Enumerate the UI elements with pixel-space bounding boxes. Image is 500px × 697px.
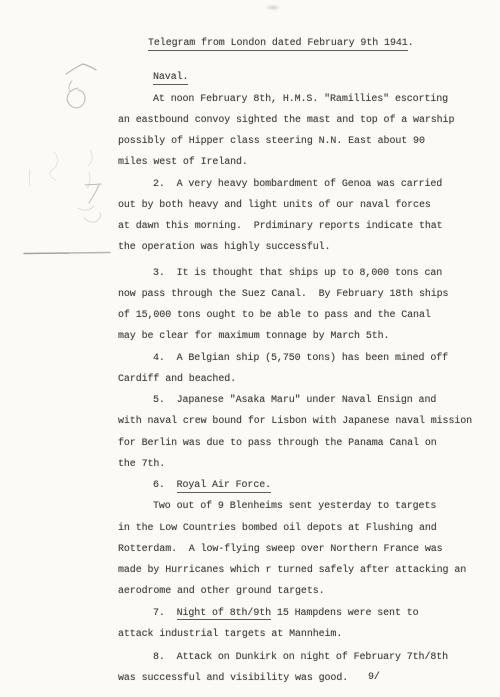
document-line: out by both heavy and light units of our… bbox=[118, 195, 490, 216]
document-line: Rotterdam. A low-flying sweep over North… bbox=[118, 539, 490, 560]
document-line: the 7th. bbox=[118, 454, 490, 475]
document-line: 3. It is thought that ships up to 8,000 … bbox=[118, 263, 490, 284]
pencil-scribble-icon bbox=[66, 64, 96, 108]
document-line: may be clear for maximum tonnage by Marc… bbox=[118, 326, 490, 347]
document-line: at dawn this morning. Prdiminary reports… bbox=[118, 216, 490, 237]
document-line: for Berlin was due to pass through the P… bbox=[118, 433, 490, 454]
scan-smudge bbox=[265, 4, 281, 11]
document-line: attack industrial targets at Mannheim. bbox=[118, 624, 490, 645]
document-title: Telegram from London dated February 9th … bbox=[118, 33, 490, 54]
pencil-dash-line-icon bbox=[24, 253, 110, 254]
document-line: in the Low Countries bombed oil depots a… bbox=[118, 518, 490, 539]
document-line: Cardiff and beached. bbox=[118, 369, 490, 390]
document-line: now pass through the Suez Canal. By Febr… bbox=[118, 284, 490, 305]
document-body: Telegram from London dated February 9th … bbox=[118, 33, 490, 690]
page-continuation-mark: 9/ bbox=[368, 672, 380, 683]
telegram-document-page: Telegram from London dated February 9th … bbox=[0, 0, 500, 697]
faint-pencil-marks-icon bbox=[29, 150, 101, 222]
document-line: Two out of 9 Blenheims sent yesterday to… bbox=[118, 496, 490, 517]
document-line: the operation was highly successful. bbox=[118, 237, 490, 258]
document-line: was successful and visibility was good. bbox=[118, 668, 490, 689]
pencil-marginalia bbox=[18, 50, 130, 270]
document-line: 2. A very heavy bombardment of Genoa was… bbox=[118, 174, 490, 195]
document-line: made by Hurricanes which r turned safely… bbox=[118, 560, 490, 581]
document-line: miles west of Ireland. bbox=[118, 152, 490, 173]
section-heading: Naval. bbox=[118, 67, 490, 88]
document-line: At noon February 8th, H.M.S. "Ramillies"… bbox=[118, 89, 490, 110]
document-line: possibly of Hipper class steering N.N. E… bbox=[118, 131, 490, 152]
document-line: 5. Japanese "Asaka Maru" under Naval Ens… bbox=[118, 390, 490, 411]
document-line: of 15,000 tons ought to be able to pass … bbox=[118, 305, 490, 326]
document-line: an eastbound convoy sighted the mast and… bbox=[118, 110, 490, 131]
section-heading: 6. Royal Air Force. bbox=[118, 475, 490, 496]
document-line: aerodrome and other ground targets. bbox=[118, 581, 490, 602]
document-line: 8. Attack on Dunkirk on night of Februar… bbox=[118, 647, 490, 668]
section-heading: 7. Night of 8th/9th 15 Hampdens were sen… bbox=[118, 603, 490, 624]
document-line: with naval crew bound for Lisbon with Ja… bbox=[118, 411, 490, 432]
document-line: 4. A Belgian ship (5,750 tons) has been … bbox=[118, 348, 490, 369]
